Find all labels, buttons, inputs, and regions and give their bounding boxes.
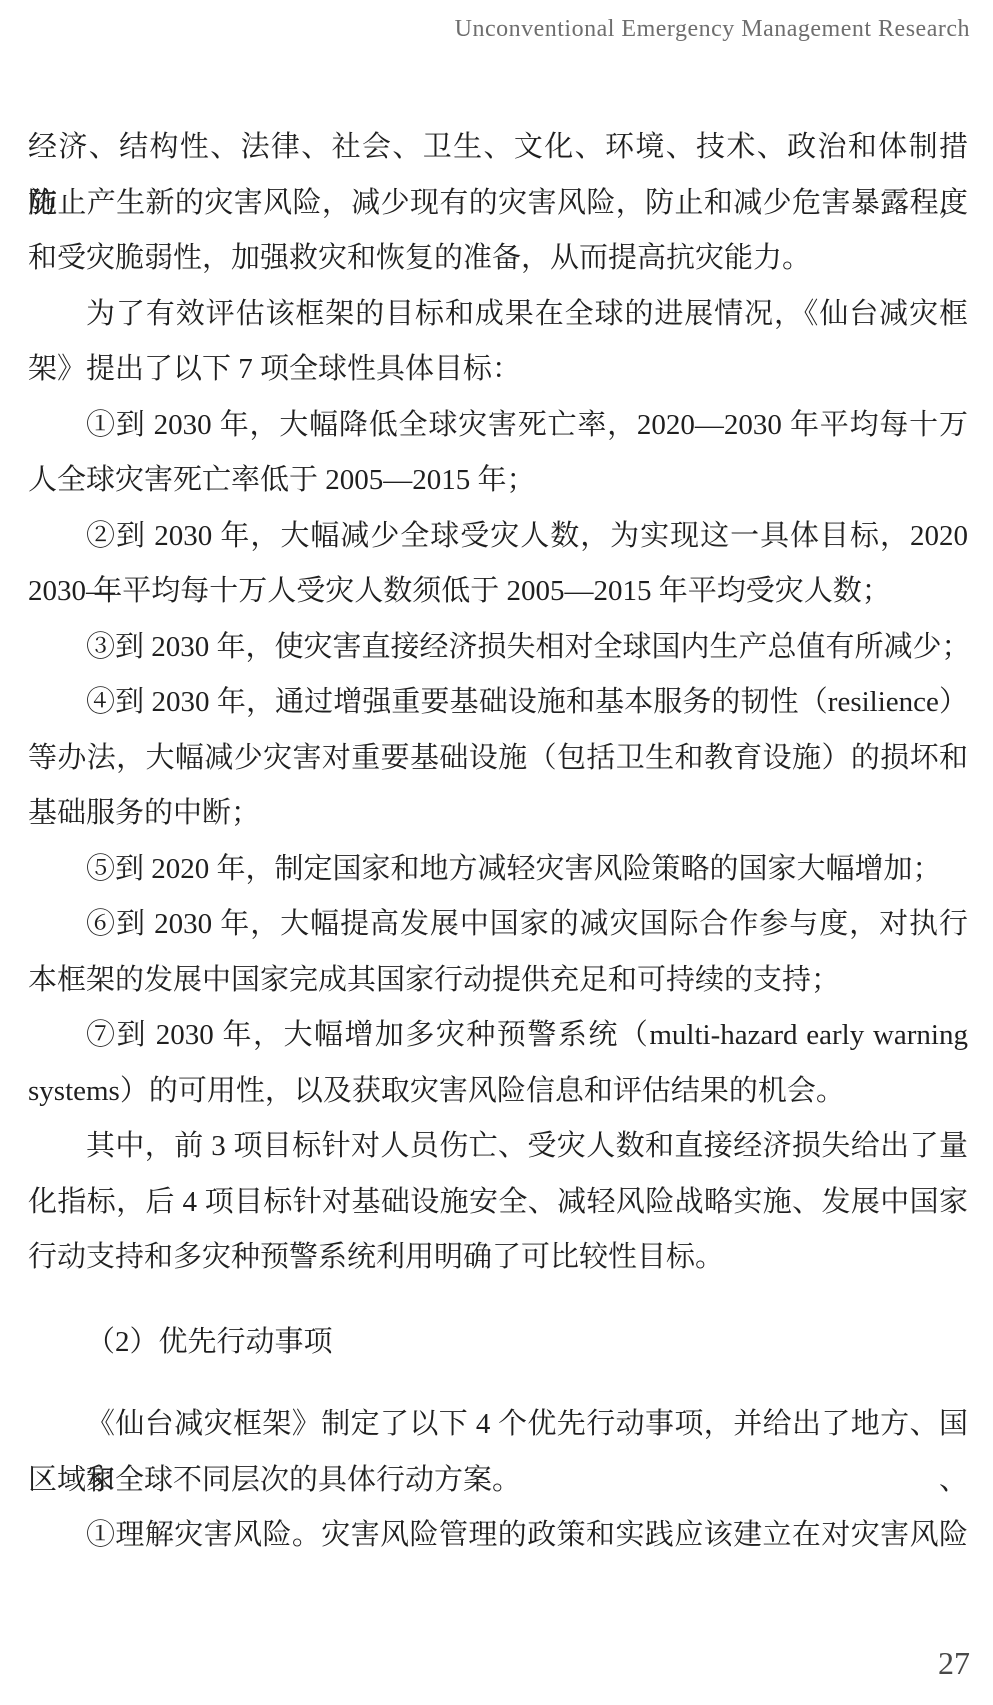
text-line: ⑤到 2020 年，制定国家和地方减轻灾害风险策略的国家大幅增加；: [28, 842, 968, 898]
text-line: 人全球灾害死亡率低于 2005—2015 年；: [28, 453, 968, 509]
text-line: ②到 2030 年，大幅减少全球受灾人数，为实现这一具体目标，2020—: [28, 509, 968, 565]
text-line: 防止产生新的灾害风险，减少现有的灾害风险，防止和减少危害暴露程度: [28, 176, 968, 232]
text-line: ③到 2030 年，使灾害直接经济损失相对全球国内生产总值有所减少；: [28, 620, 968, 676]
text-line: systems）的可用性，以及获取灾害风险信息和评估结果的机会。: [28, 1064, 968, 1120]
text-line: ⑥到 2030 年，大幅提高发展中国家的减灾国际合作参与度，对执行: [28, 897, 968, 953]
section-heading: （2）优先行动事项: [28, 1315, 968, 1371]
text-line: 《仙台减灾框架》制定了以下 4 个优先行动事项，并给出了地方、国家、: [28, 1397, 968, 1453]
text-line: 其中，前 3 项目标针对人员伤亡、受灾人数和直接经济损失给出了量: [28, 1119, 968, 1175]
text-line: 为了有效评估该框架的目标和成果在全球的进展情况，《仙台减灾框: [28, 287, 968, 343]
text-line: ④到 2030 年，通过增强重要基础设施和基本服务的韧性（resilience）: [28, 675, 968, 731]
running-header: Unconventional Emergency Management Rese…: [455, 14, 970, 44]
text-line: ①理解灾害风险。灾害风险管理的政策和实践应该建立在对灾害风险: [28, 1508, 968, 1564]
document-page: Unconventional Emergency Management Rese…: [0, 0, 993, 1705]
text-line: ⑦到 2030 年，大幅增加多灾种预警系统（multi-hazard early…: [28, 1008, 968, 1064]
text-line: 基础服务的中断；: [28, 786, 968, 842]
text-line: 化指标，后 4 项目标针对基础设施安全、减轻风险战略实施、发展中国家: [28, 1175, 968, 1231]
text-line: 和受灾脆弱性，加强救灾和恢复的准备，从而提高抗灾能力。: [28, 231, 968, 287]
text-line: 2030 年平均每十万人受灾人数须低于 2005—2015 年平均受灾人数；: [28, 564, 968, 620]
text-line: 行动支持和多灾种预警系统利用明确了可比较性目标。: [28, 1230, 968, 1286]
text-line: 本框架的发展中国家完成其国家行动提供充足和可持续的支持；: [28, 953, 968, 1009]
text-line: ①到 2030 年，大幅降低全球灾害死亡率，2020—2030 年平均每十万: [28, 398, 968, 454]
text-line: 等办法，大幅减少灾害对重要基础设施（包括卫生和教育设施）的损坏和: [28, 731, 968, 787]
body-text: 经济、结构性、法律、社会、卫生、文化、环境、技术、政治和体制措施， 防止产生新的…: [28, 120, 968, 1564]
text-line: 经济、结构性、法律、社会、卫生、文化、环境、技术、政治和体制措施，: [28, 120, 968, 176]
page-number: 27: [938, 1645, 970, 1681]
text-line: 架》提出了以下 7 项全球性具体目标：: [28, 342, 968, 398]
